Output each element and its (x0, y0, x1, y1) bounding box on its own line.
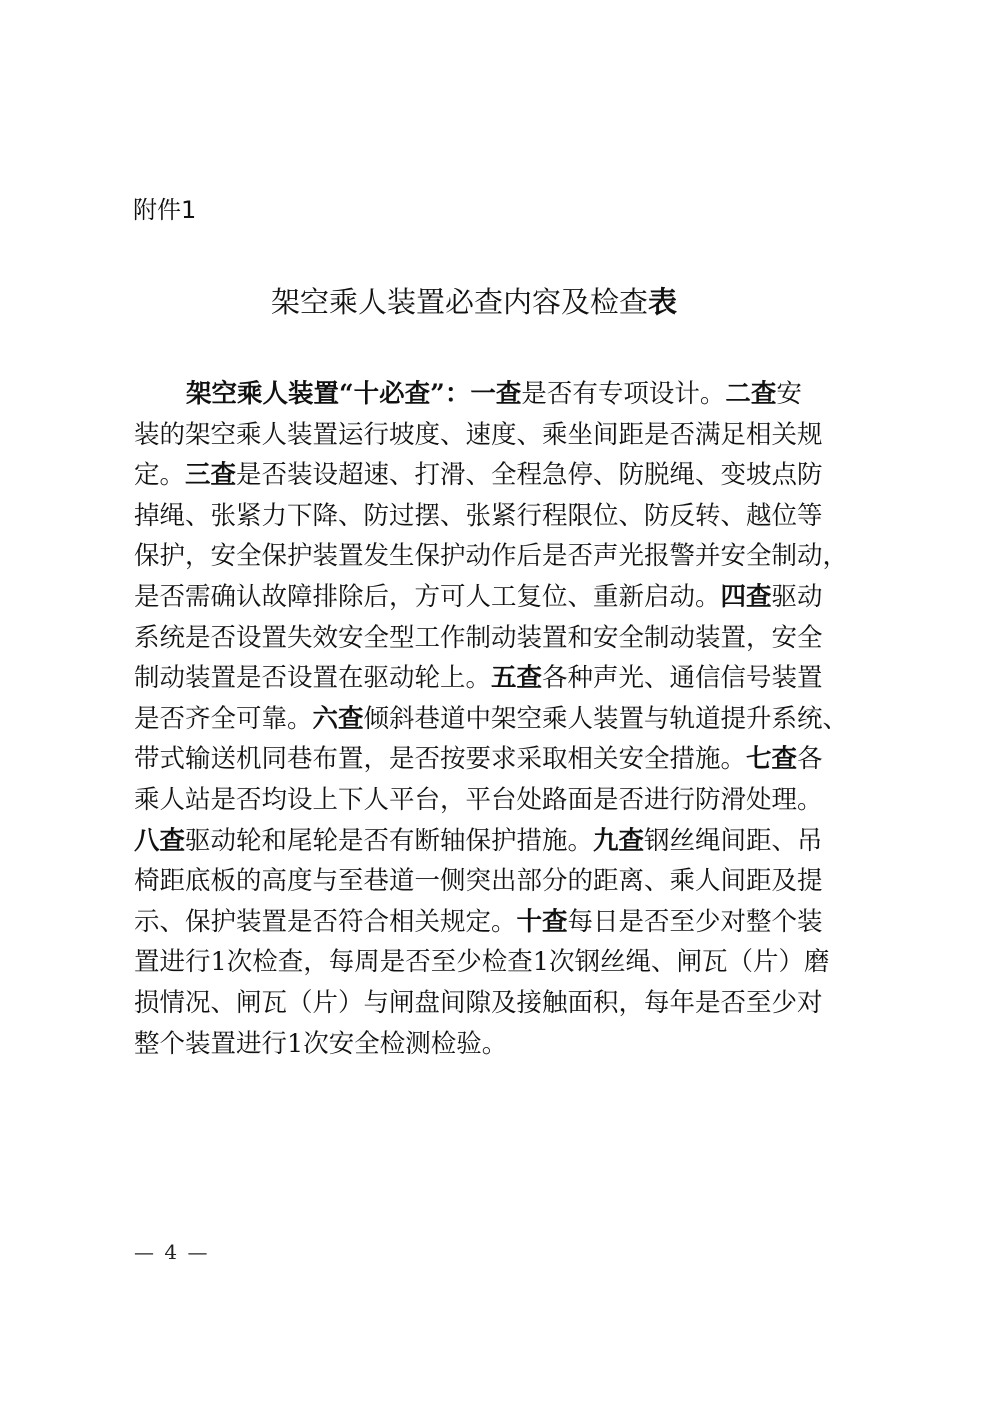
bold-heading-segment: 七查 (746, 744, 797, 774)
text-line: 整个装置进行1次安全检测检验。 (134, 1024, 886, 1065)
text-segment: 是否齐全可靠。 (134, 704, 313, 734)
text-segment: 驱动 (772, 582, 823, 612)
text-line: 是否需确认故障排除后，方可人工复位、重新启动。四查驱动 (134, 577, 886, 618)
document-title: 架空乘人装置必查内容及检查表 (271, 280, 811, 321)
bold-heading-segment: 九查 (593, 826, 644, 856)
text-segment: 系统是否设置失效安全型工作制动装置和安全制动装置，安全 (134, 623, 823, 653)
text-line: 八查驱动轮和尾轮是否有断轴保护措施。九查钢丝绳间距、吊 (134, 821, 886, 862)
bold-heading-segment: 二查 (725, 379, 776, 409)
text-line: 椅距底板的高度与至巷道一侧突出部分的距离、乘人间距及提 (134, 861, 886, 902)
text-line: 系统是否设置失效安全型工作制动装置和安全制动装置，安全 (134, 618, 886, 659)
text-segment: 椅距底板的高度与至巷道一侧突出部分的距离、乘人间距及提 (134, 866, 823, 896)
bold-heading-segment: 六查 (313, 704, 364, 734)
text-line: 制动装置是否设置在驱动轮上。五查各种声光、通信信号装置 (134, 658, 886, 699)
text-line: 示、保护装置是否符合相关规定。十查每日是否至少对整个装 (134, 902, 886, 943)
text-segment: 装的架空乘人装置运行坡度、速度、乘坐间距是否满足相关规 (134, 420, 823, 450)
bold-heading-segment: 十查 (517, 907, 568, 937)
text-segment: 钢丝绳间距、吊 (644, 826, 823, 856)
bold-heading-segment: 五查 (491, 663, 542, 693)
text-line: 保护，安全保护装置发生保护动作后是否声光报警并安全制动， (134, 536, 886, 577)
text-line: 是否齐全可靠。六查倾斜巷道中架空乘人装置与轨道提升系统、 (134, 699, 886, 740)
text-line: 掉绳、张紧力下降、防过摆、张紧行程限位、防反转、越位等 (134, 496, 886, 537)
text-segment: 掉绳、张紧力下降、防过摆、张紧行程限位、防反转、越位等 (134, 501, 823, 531)
bold-heading-segment: 八查 (134, 826, 185, 856)
page-number: — 4 — (134, 1240, 209, 1264)
body-paragraph: 架空乘人装置“十必查”：一查是否有专项设计。二查安装的架空乘人装置运行坡度、速度… (134, 374, 886, 1064)
document-page: 附件1 架空乘人装置必查内容及检查表 架空乘人装置“十必查”：一查是否有专项设计… (0, 0, 1000, 1414)
text-line: 乘人站是否均设上下人平台，平台处路面是否进行防滑处理。 (134, 780, 886, 821)
text-segment: 损情况、闸瓦（片）与闸盘间隙及接触面积，每年是否至少对 (134, 988, 823, 1018)
text-segment: 是否装设超速、打滑、全程急停、防脱绳、变坡点防 (236, 460, 823, 490)
text-line: 带式输送机同巷布置，是否按要求采取相关安全措施。七查各 (134, 739, 886, 780)
text-segment: 乘人站是否均设上下人平台，平台处路面是否进行防滑处理。 (134, 785, 823, 815)
text-segment: 示、保护装置是否符合相关规定。 (134, 907, 517, 937)
attachment-label: 附件1 (133, 190, 196, 225)
text-segment: 各种声光、通信信号装置 (542, 663, 823, 693)
bold-heading-segment: 架空乘人装置“十必查”：一查 (186, 379, 521, 409)
text-segment: 各 (797, 744, 823, 774)
text-line: 损情况、闸瓦（片）与闸盘间隙及接触面积，每年是否至少对 (134, 983, 886, 1024)
text-segment: 带式输送机同巷布置，是否按要求采取相关安全措施。 (134, 744, 746, 774)
text-segment: 驱动轮和尾轮是否有断轴保护措施。 (185, 826, 593, 856)
text-segment: 制动装置是否设置在驱动轮上。 (134, 663, 491, 693)
bold-heading-segment: 三查 (185, 460, 236, 490)
text-segment: 每日是否至少对整个装 (568, 907, 823, 937)
text-line: 置进行1次检查，每周是否至少检查1次钢丝绳、闸瓦（片）磨 (134, 942, 886, 983)
text-segment: 倾斜巷道中架空乘人装置与轨道提升系统、 (364, 704, 849, 734)
text-segment: 定。 (134, 460, 185, 490)
text-segment: 安 (776, 379, 802, 409)
text-segment: 是否有专项设计。 (521, 379, 725, 409)
text-segment: 保护，安全保护装置发生保护动作后是否声光报警并安全制动， (134, 541, 848, 571)
title-regular: 架空乘人装置必查内容及检查 (271, 285, 648, 319)
text-line: 装的架空乘人装置运行坡度、速度、乘坐间距是否满足相关规 (134, 415, 886, 456)
text-segment: 置进行1次检查，每周是否至少检查1次钢丝绳、闸瓦（片）磨 (134, 947, 829, 977)
text-segment: 整个装置进行1次安全检测检验。 (134, 1029, 507, 1059)
title-bold-char: 表 (648, 285, 677, 319)
text-line: 定。三查是否装设超速、打滑、全程急停、防脱绳、变坡点防 (134, 455, 886, 496)
text-line: 架空乘人装置“十必查”：一查是否有专项设计。二查安 (134, 374, 886, 415)
text-segment: 是否需确认故障排除后，方可人工复位、重新启动。 (134, 582, 721, 612)
bold-heading-segment: 四查 (721, 582, 772, 612)
